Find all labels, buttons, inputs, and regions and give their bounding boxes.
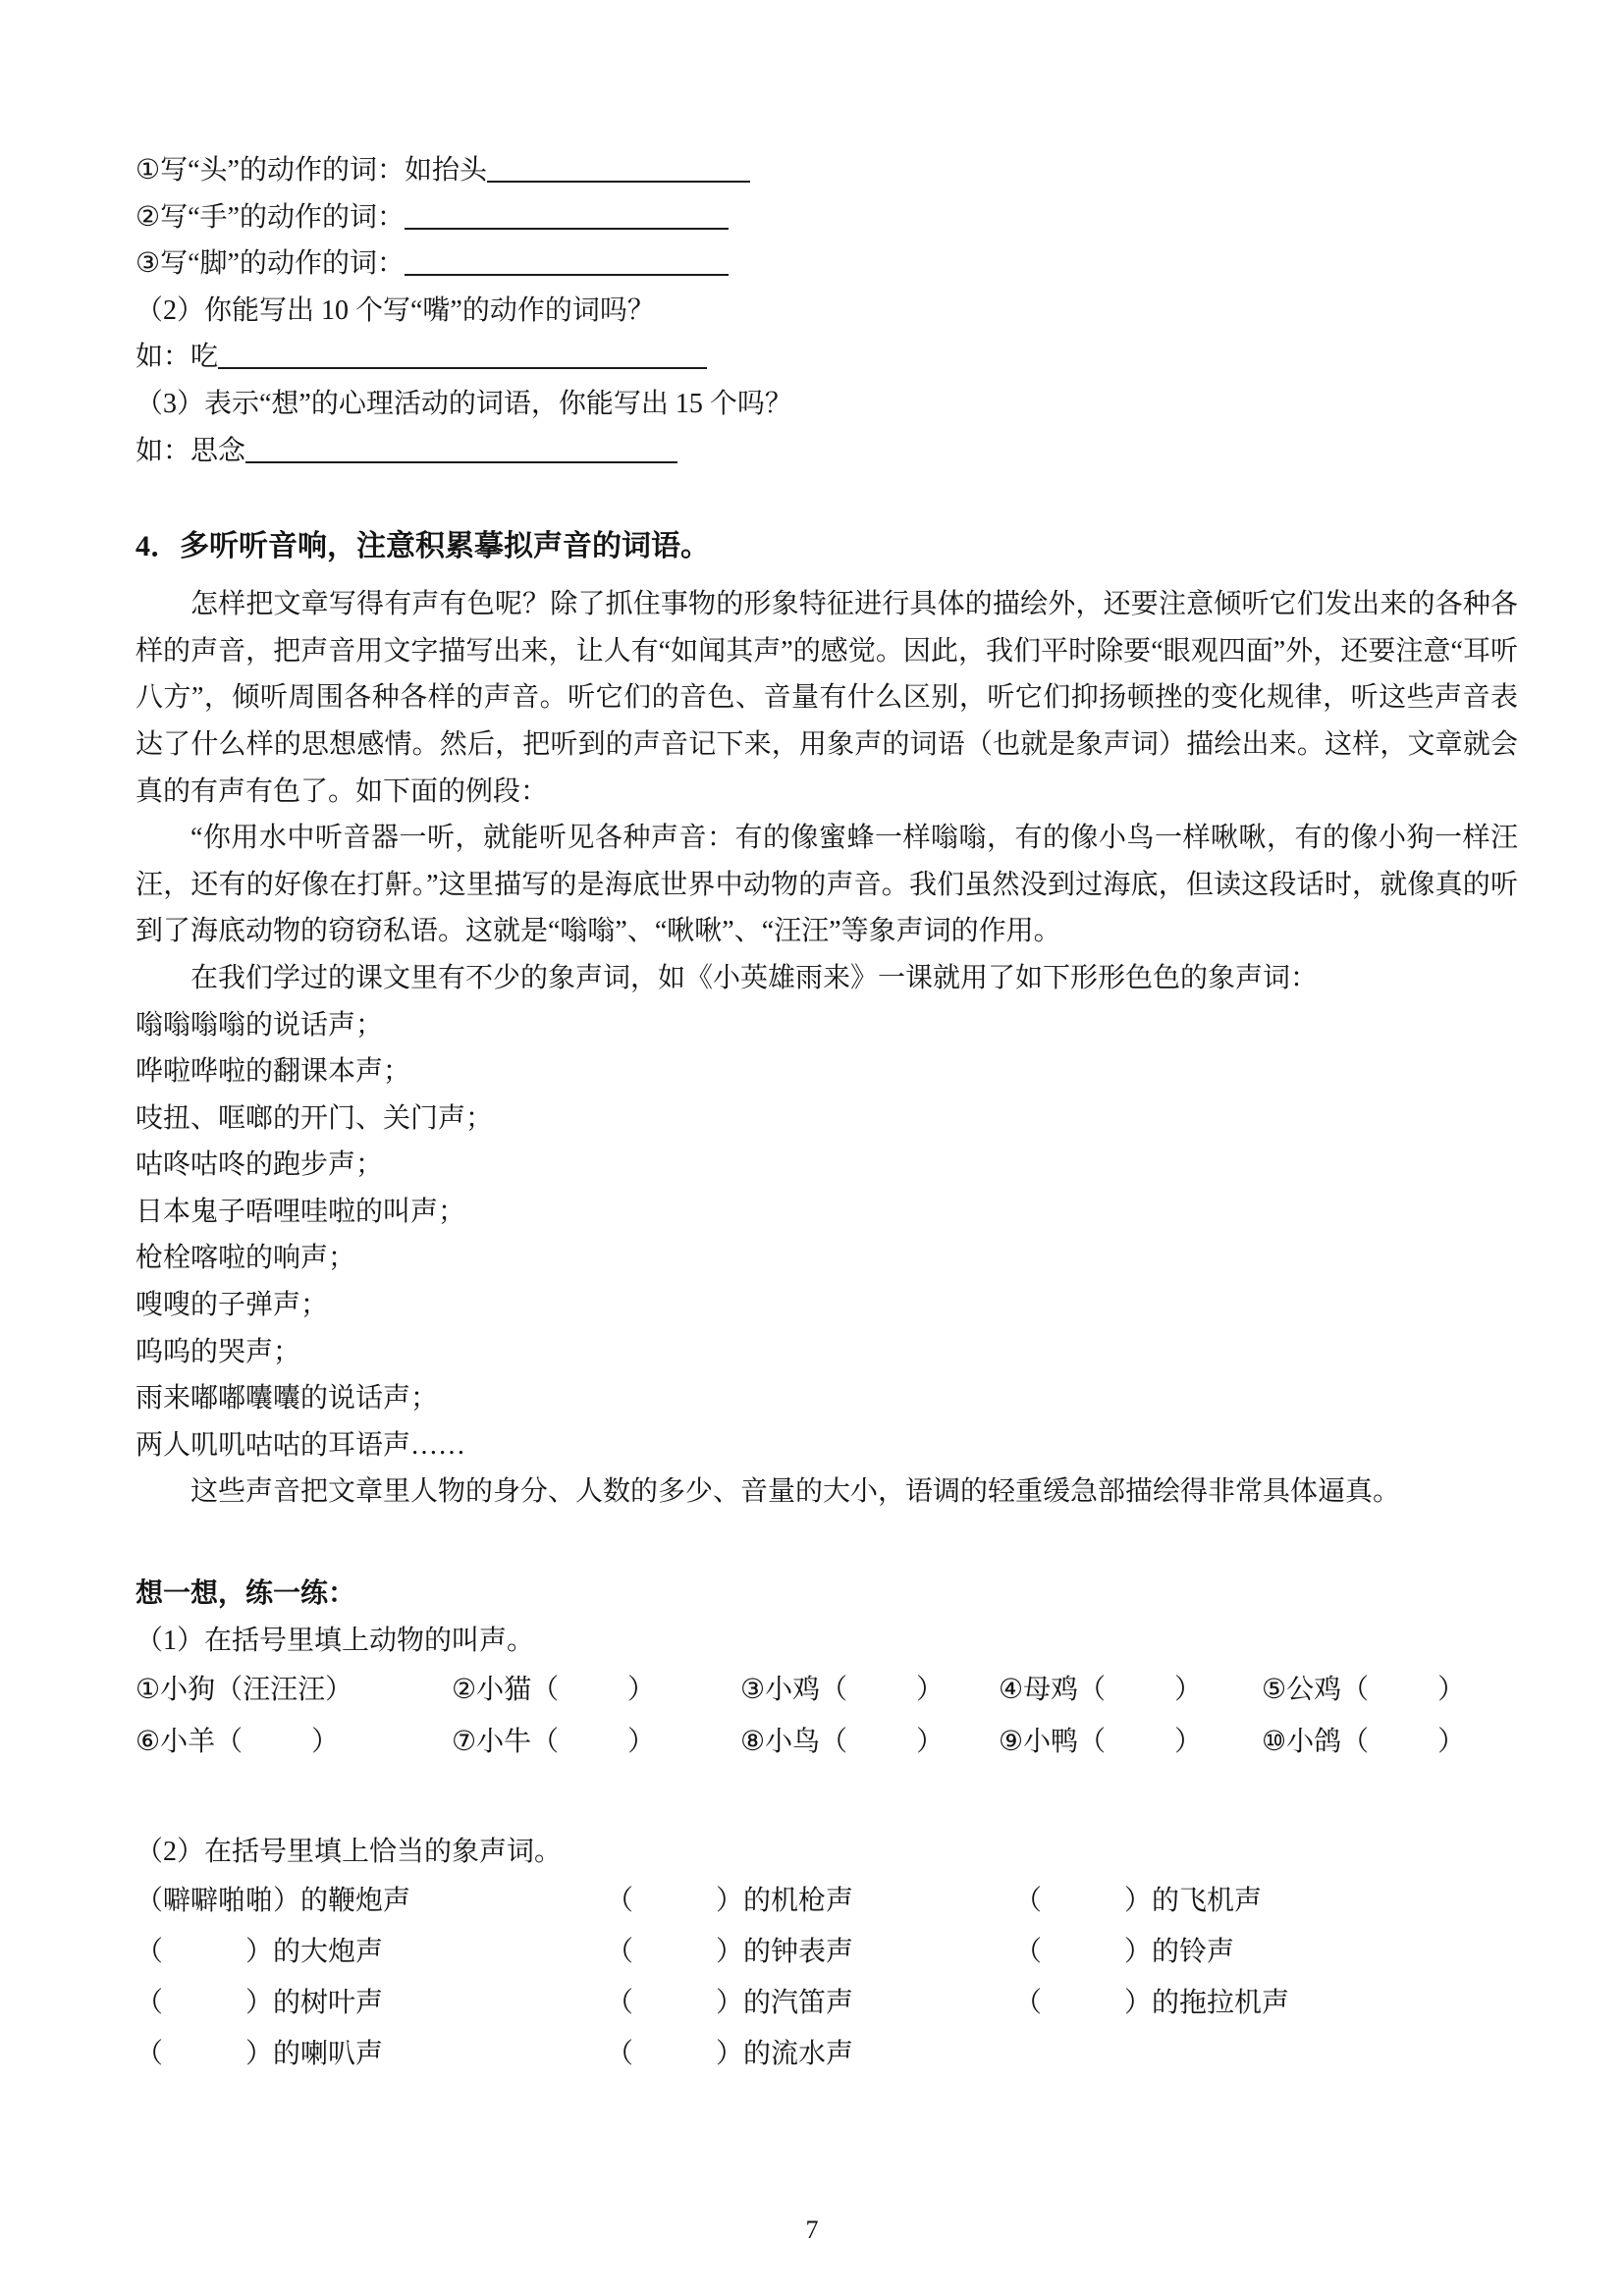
q2-cell-bell: （ ）的铃声 — [1014, 1927, 1518, 1978]
q1-prompt: （1）在括号里填上动物的叫声。 — [135, 1618, 1518, 1665]
list-item: 呜呜的哭声； — [135, 1329, 1518, 1376]
fill-line-text: 如：思念 — [135, 436, 245, 466]
section4-paragraph-3: 在我们学过的课文里有不少的象声词，如《小英雄雨来》一课就用了如下形形色色的象声词… — [135, 955, 1518, 1002]
q2-cell-machinegun: （ ）的机枪声 — [606, 1876, 1014, 1927]
onomatopoeia-list: 嗡嗡嗡嗡的说话声； 哗啦哗啦的翻课本声； 吱扭、哐啷的开门、关门声； 咕咚咕咚的… — [135, 1002, 1518, 1469]
q1-item-rooster: ⑤公鸡（ ） — [1262, 1664, 1518, 1716]
list-item: 两人叽叽咕咕的耳语声…… — [135, 1422, 1518, 1469]
q1-item-pigeon: ⑩小鸽（ ） — [1262, 1716, 1518, 1768]
question-think-words: （3）表示“想”的心理活动的词语，你能写出 15 个吗？ — [135, 381, 1518, 428]
list-item: 嗖嗖的子弹声； — [135, 1282, 1518, 1329]
fill-line-hand-verbs: ②写“手”的动作的词： — [135, 194, 1518, 241]
worksheet-page: ①写“头”的动作的词：如抬头 ②写“手”的动作的词： ③写“脚”的动作的词： （… — [0, 0, 1624, 2296]
answer-blank — [487, 151, 750, 183]
q1-item-bird: ⑧小鸟（ ） — [740, 1716, 999, 1768]
q2-cell-cannon: （ ）的大炮声 — [135, 1927, 606, 1978]
answer-blank — [405, 244, 729, 276]
practice-heading: 想一想，练一练： — [135, 1571, 1518, 1618]
fill-line-head-verbs: ①写“头”的动作的词：如抬头 — [135, 147, 1518, 194]
q1-item-chick: ③小鸡（ ） — [740, 1664, 999, 1716]
page-number: 7 — [0, 2216, 1624, 2245]
q2-cell-tractor: （ ）的拖拉机声 — [1014, 1978, 1518, 2029]
q1-row-2: ⑥小羊（ ） ⑦小牛（ ） ⑧小鸟（ ） ⑨小鸭（ ） ⑩小鸽（ ） — [135, 1716, 1518, 1768]
q2-cell-whistle: （ ）的汽笛声 — [606, 1978, 1014, 2029]
q1-item-hen: ④母鸡（ ） — [999, 1664, 1262, 1716]
q2-prompt: （2）在括号里填上恰当的象声词。 — [135, 1829, 1518, 1876]
q1-row-1: ①小狗（汪汪汪） ②小猫（ ） ③小鸡（ ） ④母鸡（ ） ⑤公鸡（ ） — [135, 1664, 1518, 1716]
fill-line-text: ①写“头”的动作的词：如抬头 — [135, 155, 487, 186]
q2-grid: （噼噼啪啪）的鞭炮声 （ ）的机枪声 （ ）的飞机声 （ ）的大炮声 （ ）的钟… — [135, 1876, 1518, 2080]
list-item: 日本鬼子唔哩哇啦的叫声； — [135, 1189, 1518, 1236]
q1-item-cat: ②小猫（ ） — [452, 1664, 740, 1716]
fill-line-text: （3）表示“想”的心理活动的词语，你能写出 15 个吗？ — [135, 389, 792, 419]
list-item: 咕咚咕咚的跑步声； — [135, 1142, 1518, 1189]
fill-line-text: 如：吃 — [135, 342, 218, 372]
q2-cell-empty — [1014, 2029, 1518, 2080]
q1-item-calf: ⑦小牛（ ） — [452, 1716, 740, 1768]
q1-item-lamb: ⑥小羊（ ） — [135, 1716, 452, 1768]
section4-heading: 4．多听听音响，注意积累摹拟声音的词语。 — [135, 523, 1518, 569]
q2-cell-water: （ ）的流水声 — [606, 2029, 1014, 2080]
q1-item-dog: ①小狗（汪汪汪） — [135, 1664, 452, 1716]
fill-line-foot-verbs: ③写“脚”的动作的词： — [135, 240, 1518, 288]
section4-paragraph-1: 怎样把文章写得有声有色呢？除了抓住事物的形象特征进行具体的描绘外，还要注意倾听它… — [135, 581, 1518, 815]
answer-blank — [245, 432, 677, 463]
q1-item-duckling: ⑨小鸭（ ） — [999, 1716, 1262, 1768]
question-mouth-verbs: （2）你能写出 10 个写“嘴”的动作的词吗？ — [135, 288, 1518, 335]
list-item: 哗啦哗啦的翻课本声； — [135, 1048, 1518, 1095]
q2-cell-firecracker: （噼噼啪啪）的鞭炮声 — [135, 1876, 606, 1927]
fill-line-miss-example: 如：思念 — [135, 428, 1518, 475]
section4-closing: 这些声音把文章里人物的身分、人数的多少、音量的大小，语调的轻重缓急部描绘得非常具… — [135, 1468, 1518, 1516]
fill-line-text: ②写“手”的动作的词： — [135, 202, 405, 233]
fill-line-text: （2）你能写出 10 个写“嘴”的动作的词吗？ — [135, 295, 655, 326]
list-item: 枪栓喀啦的响声； — [135, 1235, 1518, 1282]
q2-cell-leaves: （ ）的树叶声 — [135, 1978, 606, 2029]
list-item: 雨来嘟嘟囔囔的说话声； — [135, 1375, 1518, 1422]
q2-cell-airplane: （ ）的飞机声 — [1014, 1876, 1518, 1927]
section4-paragraph-2: “你用水中听音器一听，就能听见各种声音：有的像蜜蜂一样嗡嗡，有的像小鸟一样啾啾，… — [135, 815, 1518, 955]
page-content: ①写“头”的动作的词：如抬头 ②写“手”的动作的词： ③写“脚”的动作的词： （… — [135, 147, 1518, 2080]
q2-cell-clock: （ ）的钟表声 — [606, 1927, 1014, 1978]
q2-cell-horn: （ ）的喇叭声 — [135, 2029, 606, 2080]
answer-blank — [405, 198, 729, 230]
fill-line-eat-example: 如：吃 — [135, 334, 1518, 381]
list-item: 嗡嗡嗡嗡的说话声； — [135, 1002, 1518, 1049]
list-item: 吱扭、哐啷的开门、关门声； — [135, 1095, 1518, 1143]
fill-line-text: ③写“脚”的动作的词： — [135, 248, 405, 279]
exercise-fill-section: ①写“头”的动作的词：如抬头 ②写“手”的动作的词： ③写“脚”的动作的词： （… — [135, 147, 1518, 474]
answer-blank — [218, 338, 707, 369]
